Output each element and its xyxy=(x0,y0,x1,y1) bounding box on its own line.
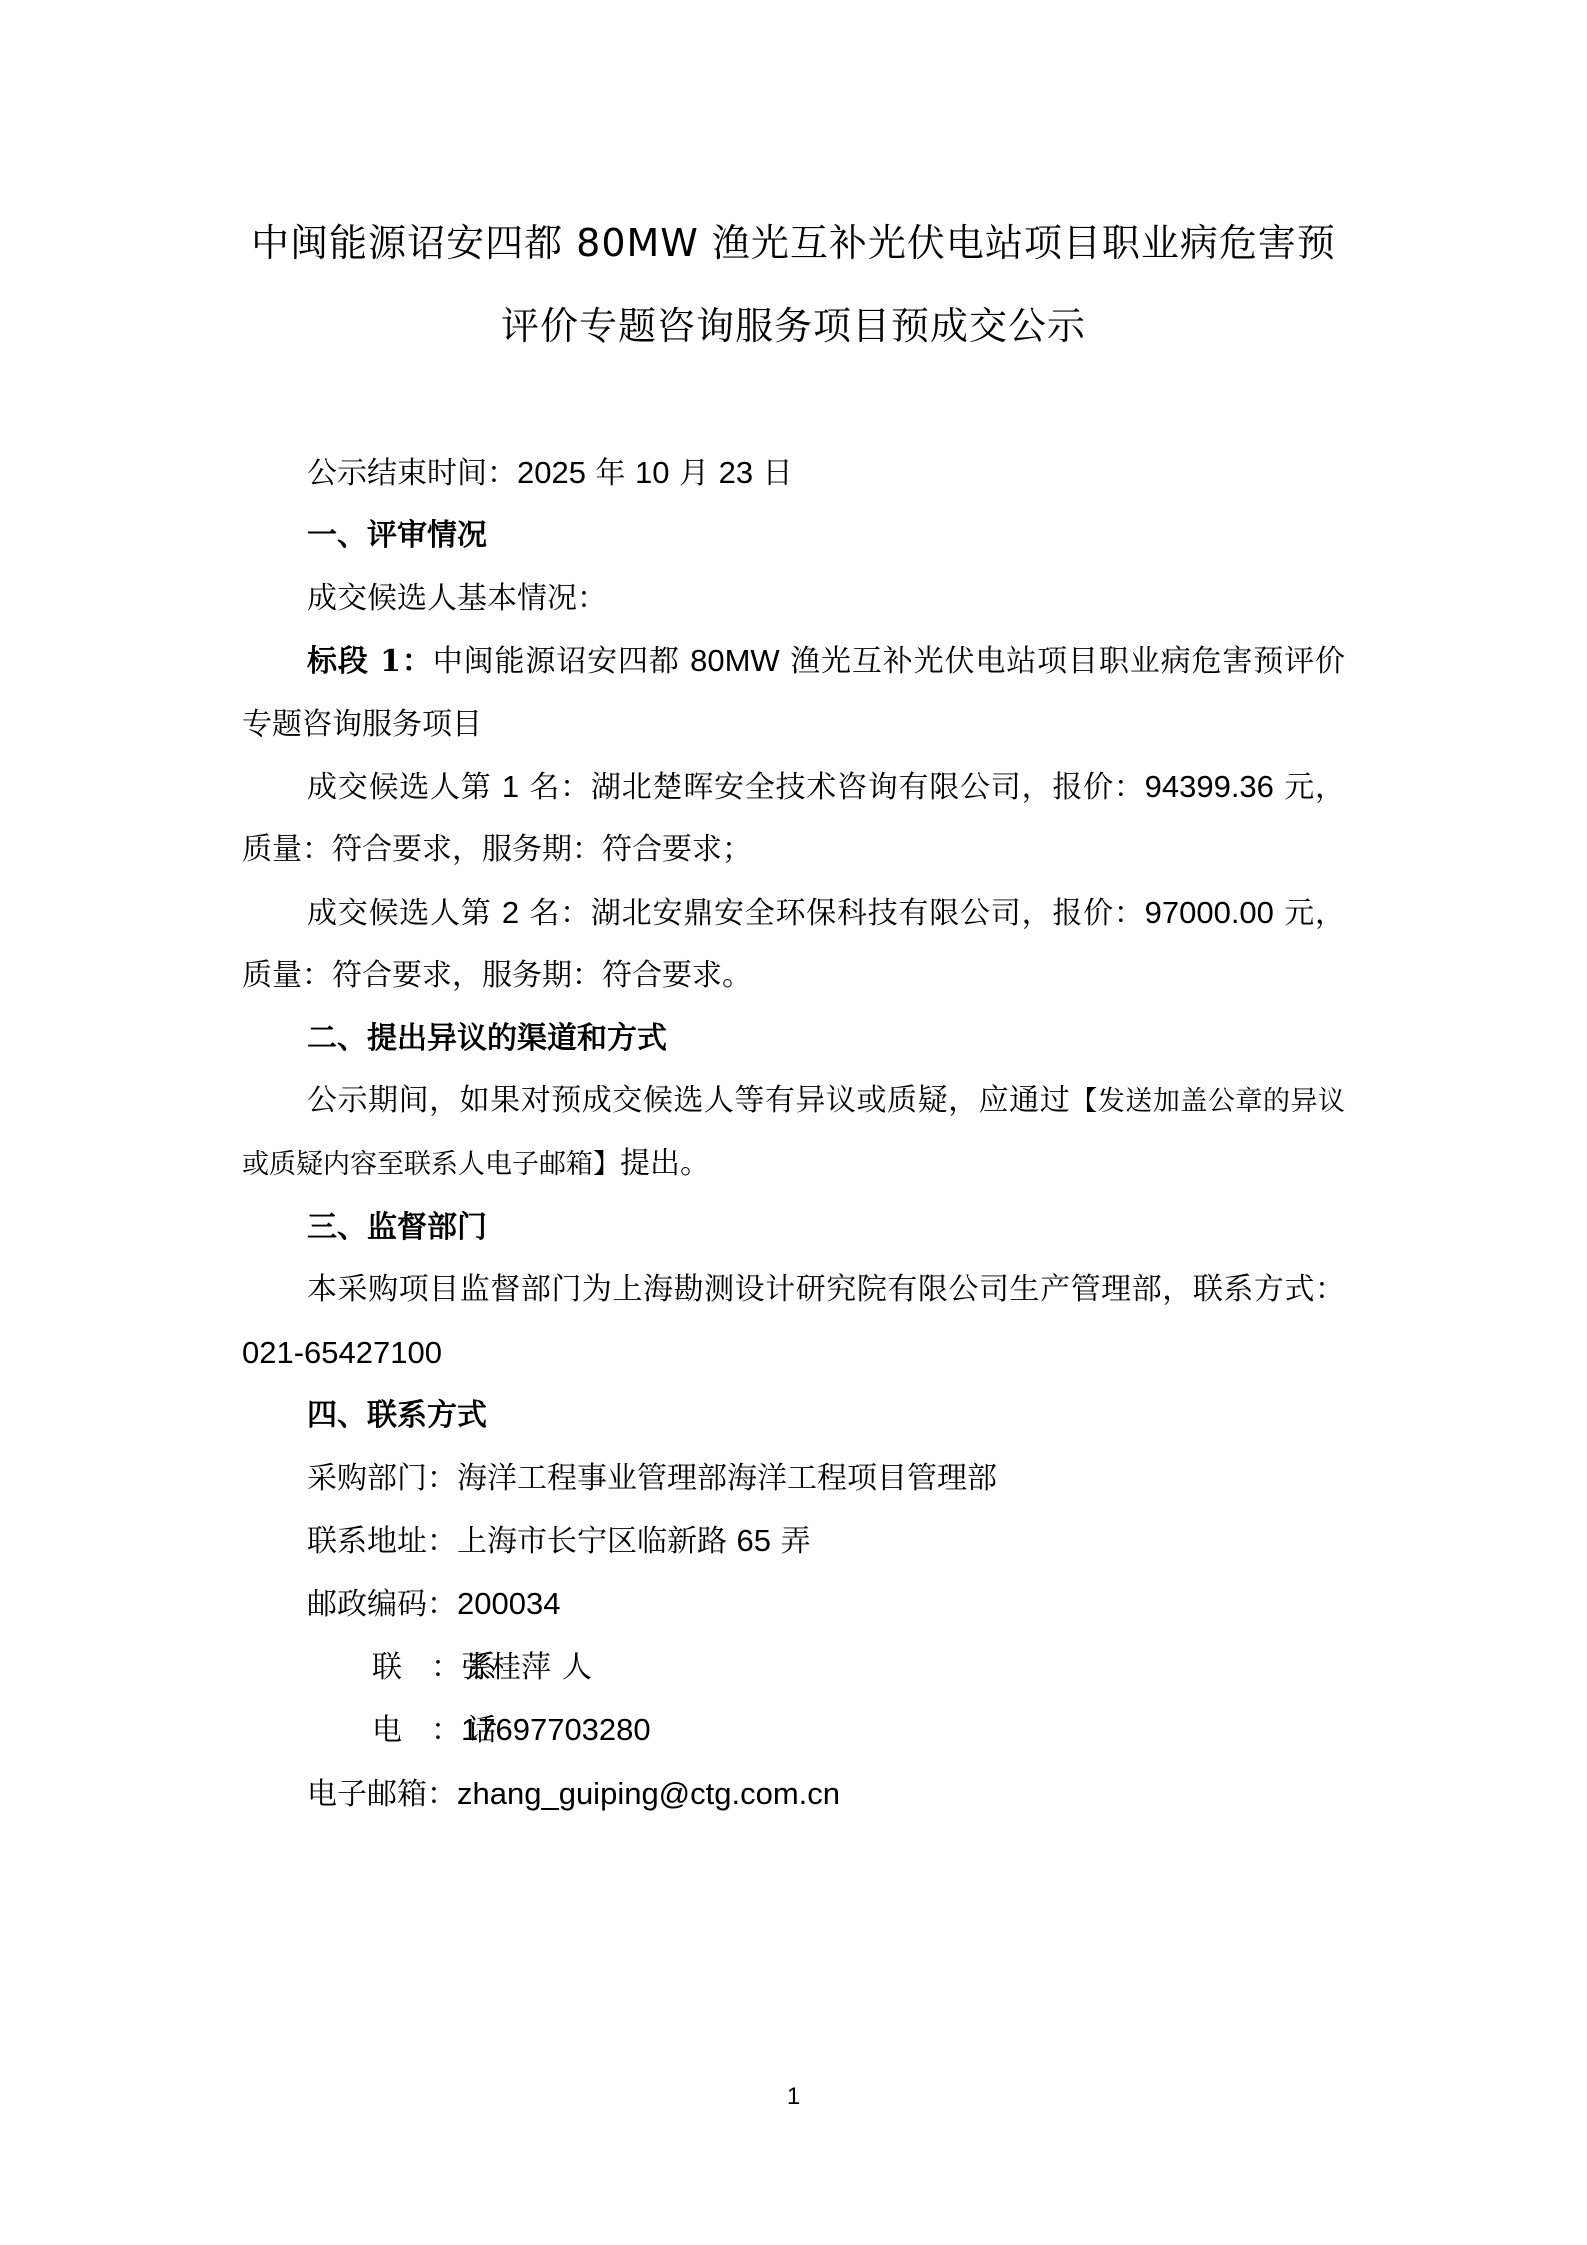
section-heading-supervision: 三、监督部门 xyxy=(242,1197,1345,1259)
supervision-text: 本采购项目监督部门为上海勘测设计研究院有限公司生产管理部，联系方式：021-65… xyxy=(242,1259,1345,1385)
section-heading-contact: 四、联系方式 xyxy=(242,1385,1345,1447)
contact-person: 联系人：张桂萍 xyxy=(242,1637,1345,1699)
lot-description: 标段 1：中闽能源诏安四都 80MW 渔光互补光伏电站项目职业病危害预评价专题咨… xyxy=(242,630,1345,756)
email-address: zhang_guiping@ctg.com.cn xyxy=(457,1776,840,1811)
document-page: 中闽能源诏安四都 80MW 渔光互补光伏电站项目职业病危害预 评价专题咨询服务项… xyxy=(0,0,1587,2245)
candidate-1: 成交候选人第 1 名：湖北楚晖安全技术咨询有限公司，报价：94399.36 元，… xyxy=(242,756,1345,882)
title-line-1: 中闽能源诏安四都 80MW 渔光互补光伏电站项目职业病危害预 xyxy=(0,202,1587,285)
candidate-intro: 成交候选人基本情况： xyxy=(242,568,1345,630)
contact-email: 电子邮箱：zhang_guiping@ctg.com.cn xyxy=(242,1763,1345,1826)
supervision-phone: 021-65427100 xyxy=(242,1335,442,1370)
objection-instructions: 公示期间，如果对预成交候选人等有异议或质疑，应通过【发送加盖公章的异议或质疑内容… xyxy=(242,1070,1345,1197)
candidate-2: 成交候选人第 2 名：湖北安鼎安全环保科技有限公司，报价：97000.00 元，… xyxy=(242,882,1345,1008)
section-heading-review: 一、评审情况 xyxy=(242,505,1345,567)
title-line-2: 评价专题咨询服务项目预成交公示 xyxy=(0,285,1587,368)
lot-label: 标段 1： xyxy=(307,644,433,679)
contact-address: 联系地址：上海市长宁区临新路 65 弄 xyxy=(242,1510,1345,1573)
document-title: 中闽能源诏安四都 80MW 渔光互补光伏电站项目职业病危害预 评价专题咨询服务项… xyxy=(0,202,1587,368)
document-body: 公示结束时间：2025 年 10 月 23 日 一、评审情况 成交候选人基本情况… xyxy=(242,442,1345,1826)
page-number: 1 xyxy=(0,2080,1587,2114)
contact-department: 采购部门：海洋工程事业管理部海洋工程项目管理部 xyxy=(242,1448,1345,1510)
announcement-end-time: 公示结束时间：2025 年 10 月 23 日 xyxy=(242,442,1345,505)
section-heading-objection: 二、提出异议的渠道和方式 xyxy=(242,1008,1345,1070)
candidate-2-price: 97000.00 xyxy=(1145,895,1274,930)
contact-phone: 电话：17697703280 xyxy=(242,1699,1345,1762)
contact-postcode: 邮政编码：200034 xyxy=(242,1573,1345,1636)
candidate-1-price: 94399.36 xyxy=(1145,769,1274,804)
